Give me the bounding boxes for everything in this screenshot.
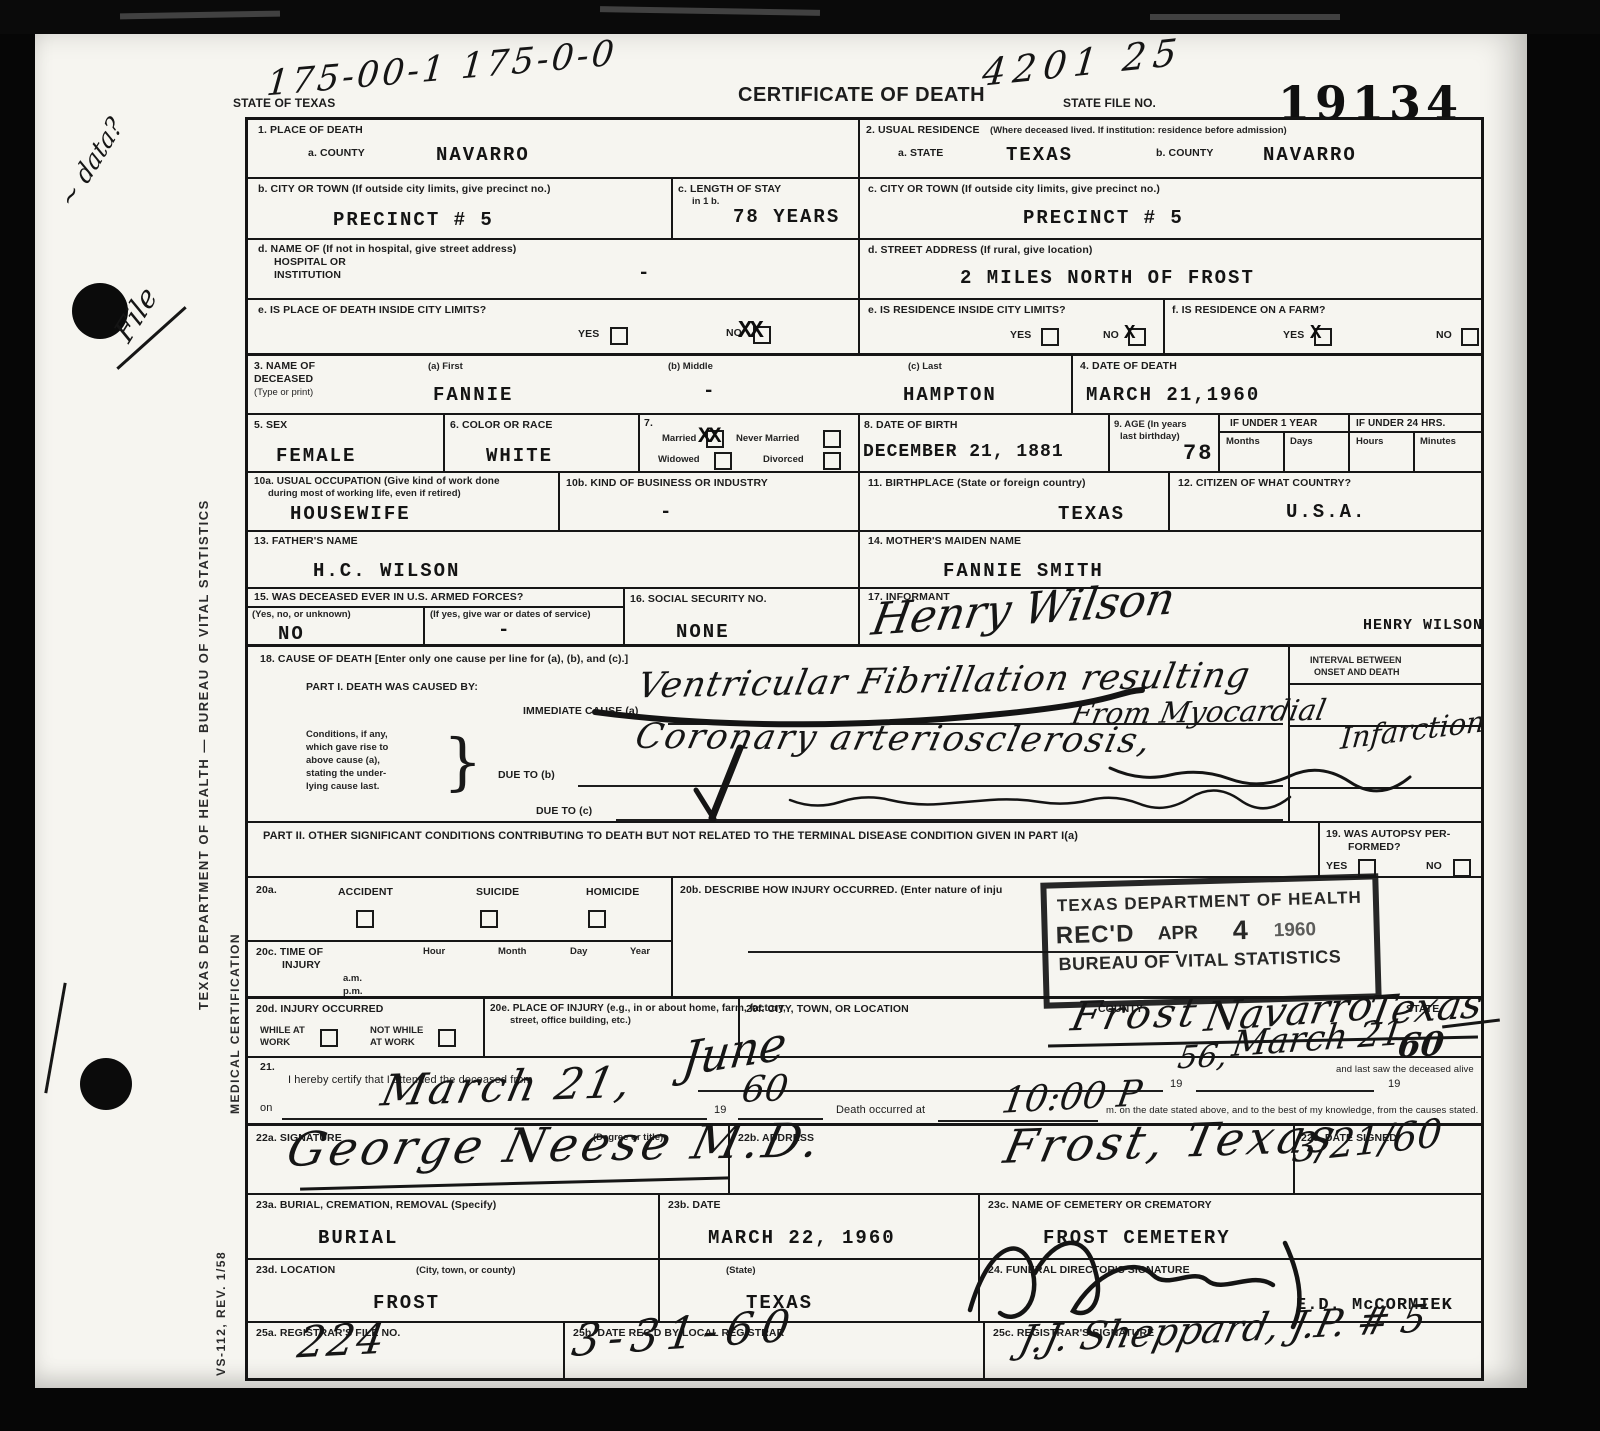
- divider: [858, 300, 860, 353]
- divider: [423, 606, 425, 644]
- no-label: NO: [1426, 860, 1442, 872]
- registrar-file-no-handwriting: 224: [295, 1317, 390, 1365]
- age-label2: last birthday): [1120, 431, 1180, 442]
- hospital-name-label3: INSTITUTION: [274, 269, 341, 281]
- yes-label: YES: [578, 328, 599, 340]
- stamp-month: APR: [1157, 922, 1198, 945]
- citizen-label: 12. CITIZEN OF WHAT COUNTRY?: [1178, 477, 1351, 489]
- divider: [858, 532, 860, 587]
- mother-name-label: 14. MOTHER'S MAIDEN NAME: [868, 535, 1021, 547]
- divider: [558, 473, 560, 530]
- scan-top-edge: [0, 0, 1600, 34]
- length-of-stay-value: 78 YEARS: [733, 206, 840, 228]
- am-label: a.m.: [343, 973, 362, 984]
- street-address-value: 2 MILES NORTH OF FROST: [960, 267, 1255, 289]
- injury-city-handwriting: Frost: [1068, 993, 1204, 1038]
- name-of-label: 3. NAME OF: [254, 360, 315, 372]
- death-limits-yes-checkbox: [610, 327, 628, 345]
- work-label: WORK: [260, 1037, 290, 1048]
- residence-state-value: TEXAS: [1006, 144, 1073, 166]
- attended-to-year: 60: [1396, 1027, 1446, 1063]
- margin-medical-certification-text: MEDICAL CERTIFICATION: [228, 862, 242, 1114]
- homicide-checkbox: [588, 910, 606, 928]
- divider: [443, 415, 445, 471]
- widowed-label: Widowed: [658, 454, 700, 465]
- city-or-town-label: b. CITY OR TOWN (If outside city limits,…: [258, 183, 551, 195]
- street-address-label: d. STREET ADDRESS (If rural, give locati…: [868, 244, 1092, 256]
- at-work-label: AT WORK: [370, 1037, 415, 1048]
- while-at-label: WHILE AT: [260, 1025, 305, 1036]
- row-sex-race-birth: 5. SEX FEMALE 6. COLOR OR RACE WHITE 7. …: [248, 413, 1481, 471]
- if-under-24-hrs-label: IF UNDER 24 HRS.: [1356, 418, 1445, 429]
- not-while-label: NOT WHILE: [370, 1025, 423, 1036]
- date-of-death-value: MARCH 21,1960: [1086, 384, 1260, 406]
- homicide-label: HOMICIDE: [586, 886, 639, 898]
- year-label: Year: [630, 946, 650, 957]
- residence-city-value: PRECINCT # 5: [1023, 207, 1184, 229]
- industry-label: 10b. KIND OF BUSINESS OR INDUSTRY: [566, 477, 768, 489]
- burial-date-value: MARCH 22, 1960: [708, 1227, 896, 1249]
- not-while-at-work-checkbox: [438, 1029, 456, 1047]
- no-label: NO: [1436, 329, 1452, 341]
- divider: [483, 999, 485, 1056]
- state-sub: (State): [726, 1265, 756, 1276]
- race-value: WHITE: [486, 445, 553, 467]
- last-saw-year: 60: [739, 1071, 790, 1109]
- residence-state-label: a. STATE: [898, 147, 943, 159]
- months-label: Months: [1226, 436, 1260, 447]
- conditions-note-4: stating the under-: [306, 768, 386, 779]
- divider: [858, 179, 860, 238]
- autopsy-no-checkbox: [1453, 859, 1471, 877]
- sex-label: 5. SEX: [254, 419, 287, 431]
- residence-farm-label: f. IS RESIDENCE ON A FARM?: [1172, 304, 1326, 316]
- divider: [1218, 415, 1220, 471]
- place-of-death-label: 1. PLACE OF DEATH: [258, 124, 363, 136]
- scan-scratch: [120, 11, 280, 20]
- married-label: Married: [662, 433, 696, 444]
- divider: [671, 179, 673, 238]
- residence-farm-yes-mark: X: [1310, 322, 1318, 344]
- location-value: FROST: [373, 1292, 440, 1314]
- month-label: Month: [498, 946, 527, 957]
- race-label: 6. COLOR OR RACE: [450, 419, 553, 431]
- on-label: on: [260, 1102, 272, 1114]
- divider: [1108, 415, 1110, 471]
- margin-form-number: VS-112, REV. 1/58: [214, 1188, 228, 1376]
- row-hospital-street: d. NAME OF (If not in hospital, give str…: [248, 238, 1481, 298]
- row-place-residence-header: 1. PLACE OF DEATH a. COUNTY NAVARRO 2. U…: [248, 120, 1481, 177]
- scan-scratch: [1150, 14, 1340, 20]
- divider: [1218, 431, 1481, 433]
- stamp-year: 1960: [1273, 919, 1316, 942]
- death-limits-no-mark: XX: [738, 318, 761, 345]
- divider: [1163, 300, 1165, 353]
- ssn-value: NONE: [676, 621, 730, 643]
- death-city-limits-label: e. IS PLACE OF DEATH INSIDE CITY LIMITS?: [258, 304, 486, 316]
- autopsy-label-2: FORMED?: [1348, 841, 1401, 853]
- row-city-town: b. CITY OR TOWN (If outside city limits,…: [248, 177, 1481, 238]
- divider: [858, 120, 860, 177]
- city-town-county-sub: (City, town, or county): [416, 1265, 516, 1276]
- date-of-death-label: 4. DATE OF DEATH: [1080, 360, 1177, 372]
- burial-date-label: 23b. DATE: [668, 1199, 721, 1211]
- stamp-recd: REC'D: [1055, 920, 1134, 950]
- residence-city-limits-label: e. IS RESIDENCE INSIDE CITY LIMITS?: [868, 304, 1066, 316]
- age-value: 78: [1183, 441, 1213, 466]
- yes-label: YES: [1326, 860, 1347, 872]
- dob-label: 8. DATE OF BIRTH: [864, 419, 958, 431]
- armed-forces-value2: -: [498, 619, 511, 641]
- age-label: 9. AGE (In years: [1114, 419, 1187, 430]
- physician-signature: George Neese M.D.: [283, 1117, 828, 1174]
- stamp-line-1: TEXAS DEPARTMENT OF HEALTH: [1057, 888, 1362, 917]
- marital-label: 7.: [644, 417, 653, 429]
- divider: [248, 606, 623, 608]
- residence-limits-yes-checkbox: [1041, 328, 1059, 346]
- suicide-label: SUICIDE: [476, 886, 519, 898]
- yes-label: YES: [1283, 329, 1304, 341]
- county-value: NAVARRO: [436, 144, 530, 166]
- printed-19: 19: [1388, 1078, 1400, 1090]
- conditions-note-5: lying cause last.: [306, 781, 379, 792]
- certify-text-2: and last saw the deceased alive: [1336, 1064, 1474, 1075]
- city-or-town-value: PRECINCT # 5: [333, 209, 494, 231]
- divider: [1168, 473, 1170, 530]
- divider: [671, 878, 673, 996]
- sex-value: FEMALE: [276, 445, 356, 467]
- place-of-injury-label: 20e. PLACE OF INJURY (e.g., in or about …: [490, 1003, 786, 1014]
- minutes-label: Minutes: [1420, 436, 1456, 447]
- location-label: 23d. LOCATION: [256, 1264, 335, 1276]
- day-label: Day: [570, 946, 587, 957]
- hours-label: Hours: [1356, 436, 1383, 447]
- divider: [1283, 431, 1285, 471]
- divider: [858, 240, 860, 298]
- certificate-title: CERTIFICATE OF DEATH: [738, 84, 985, 107]
- hospital-name-label2: HOSPITAL OR: [274, 256, 346, 268]
- conditions-note-1: Conditions, if any,: [306, 729, 388, 740]
- cause-scribbles: [550, 650, 1490, 835]
- conditions-brace: }: [443, 725, 482, 798]
- injury-occurred-label: 20d. INJURY OCCURRED: [256, 1003, 383, 1015]
- armed-forces-value: NO: [278, 623, 305, 645]
- first-name-value: FANNIE: [433, 384, 513, 406]
- suicide-checkbox: [480, 910, 498, 928]
- mother-name-value: FANNIE SMITH: [943, 560, 1104, 582]
- middle-name-label: (b) Middle: [668, 361, 713, 372]
- hospital-name-label: d. NAME OF (If not in hospital, give str…: [258, 243, 516, 255]
- no-label: NO: [1103, 329, 1119, 341]
- last-name-label: (c) Last: [908, 361, 942, 372]
- residence-county-label: b. COUNTY: [1156, 147, 1213, 159]
- attended-from-year: 56,: [1176, 1041, 1230, 1075]
- hole-punch: [80, 1058, 132, 1110]
- residence-county-value: NAVARRO: [1263, 144, 1357, 166]
- hospital-name-value: -: [638, 262, 651, 284]
- state-of-texas-label: STATE OF TEXAS: [233, 96, 335, 110]
- hour-label: Hour: [423, 946, 445, 957]
- last-saw-date-handwriting: March 21,: [377, 1061, 637, 1113]
- divider: [248, 940, 671, 942]
- time-of-injury-label: 20c. TIME OF: [256, 946, 323, 958]
- divider: [1348, 415, 1350, 471]
- married-mark: XX: [698, 424, 718, 449]
- accident-row-label: 20a.: [256, 884, 277, 896]
- type-or-print-label: (Type or print): [254, 387, 313, 398]
- ssn-label: 16. SOCIAL SECURITY NO.: [630, 593, 767, 605]
- while-at-work-checkbox: [320, 1029, 338, 1047]
- birthplace-value: TEXAS: [1058, 503, 1125, 525]
- residence-city-label: c. CITY OR TOWN (If outside city limits,…: [868, 183, 1160, 195]
- death-time-handwriting: 10:00 P: [999, 1076, 1144, 1120]
- cemetery-label: 23c. NAME OF CEMETERY OR CREMATORY: [988, 1199, 1212, 1211]
- divider: [563, 1323, 565, 1378]
- never-married-label: Never Married: [736, 433, 799, 444]
- divider: [858, 589, 860, 644]
- father-name-value: H.C. WILSON: [313, 560, 460, 582]
- never-married-checkbox: [823, 430, 841, 448]
- length-of-stay-sub: in 1 b.: [692, 196, 719, 207]
- state-file-no-label: STATE FILE NO.: [1063, 96, 1156, 110]
- widowed-checkbox: [714, 452, 732, 470]
- residence-limits-no-mark: X: [1124, 322, 1132, 344]
- part1-label: PART I. DEATH WAS CAUSED BY:: [306, 681, 478, 693]
- occupation-label2: during most of working life, even if ret…: [268, 488, 461, 499]
- accident-label: ACCIDENT: [338, 886, 393, 898]
- last-name-value: HAMPTON: [903, 384, 997, 406]
- days-label: Days: [1290, 436, 1313, 447]
- place-of-injury-label2: street, office building, etc.): [510, 1015, 631, 1026]
- divider: [623, 589, 625, 644]
- deceased-label: DECEASED: [254, 373, 313, 385]
- divider: [1071, 356, 1073, 413]
- printed-19: 19: [1170, 1078, 1182, 1090]
- row-name-dod: 3. NAME OF DECEASED (Type or print) (a) …: [248, 353, 1481, 413]
- certify-number: 21.: [260, 1061, 275, 1073]
- armed-forces-sub1: (Yes, no, or unknown): [252, 609, 351, 620]
- injury-city-label: 20f. CITY, TOWN, OR LOCATION: [746, 1003, 909, 1015]
- certify-text-3: Death occurred at: [836, 1104, 925, 1116]
- county-label: a. COUNTY: [308, 147, 365, 159]
- informant-typed-value: HENRY WILSON: [1363, 617, 1483, 634]
- conditions-note-2: which gave rise to: [306, 742, 388, 753]
- row-parents: 13. FATHER'S NAME H.C. WILSON 14. MOTHER…: [248, 530, 1481, 587]
- father-name-label: 13. FATHER'S NAME: [254, 535, 358, 547]
- burial-value: BURIAL: [318, 1227, 398, 1249]
- dob-value: DECEMBER 21, 1881: [863, 442, 1064, 462]
- occupation-value: HOUSEWIFE: [290, 503, 411, 525]
- scan-scratch: [600, 6, 820, 16]
- row-occupation-birthplace: 10a. USUAL OCCUPATION (Give kind of work…: [248, 471, 1481, 530]
- conditions-note-3: above cause (a),: [306, 755, 380, 766]
- middle-name-value: -: [703, 380, 716, 402]
- length-of-stay-label: c. LENGTH OF STAY: [678, 183, 781, 195]
- scanned-death-certificate: TEXAS DEPARTMENT OF HEALTH — BUREAU OF V…: [0, 0, 1600, 1431]
- residence-farm-no-checkbox: [1461, 328, 1479, 346]
- industry-value: -: [660, 501, 673, 523]
- row-city-limits: e. IS PLACE OF DEATH INSIDE CITY LIMITS?…: [248, 298, 1481, 353]
- stamp-day: 4: [1232, 915, 1248, 946]
- birthplace-label: 11. BIRTHPLACE (State or foreign country…: [868, 477, 1086, 489]
- divider: [638, 415, 640, 471]
- divider: [858, 415, 860, 471]
- divider: [858, 473, 860, 530]
- yes-label: YES: [1010, 329, 1031, 341]
- time-of-injury-label2: INJURY: [282, 959, 321, 971]
- divorced-label: Divorced: [763, 454, 804, 465]
- due-to-b-label: DUE TO (b): [498, 769, 555, 781]
- divider: [658, 1195, 660, 1258]
- citizen-value: U.S.A.: [1286, 501, 1366, 523]
- occupation-label: 10a. USUAL OCCUPATION (Give kind of work…: [254, 476, 500, 487]
- divider: [983, 1323, 985, 1378]
- usual-residence-paren: (Where deceased lived. If institution: r…: [990, 125, 1287, 136]
- row-forces-ssn-informant: 15. WAS DECEASED EVER IN U.S. ARMED FORC…: [248, 587, 1481, 644]
- divider: [1413, 431, 1415, 471]
- stamp-line-3: BUREAU OF VITAL STATISTICS: [1058, 946, 1341, 975]
- divorced-checkbox: [823, 452, 841, 470]
- usual-residence-label: 2. USUAL RESIDENCE: [866, 124, 980, 136]
- armed-forces-label: 15. WAS DECEASED EVER IN U.S. ARMED FORC…: [254, 591, 523, 603]
- margin-dept-text: TEXAS DEPARTMENT OF HEALTH — BUREAU OF V…: [196, 298, 211, 1010]
- if-under-1-year-label: IF UNDER 1 YEAR: [1230, 418, 1317, 429]
- accident-checkbox: [356, 910, 374, 928]
- first-name-label: (a) First: [428, 361, 463, 372]
- burial-label: 23a. BURIAL, CREMATION, REMOVAL (Specify…: [256, 1199, 496, 1211]
